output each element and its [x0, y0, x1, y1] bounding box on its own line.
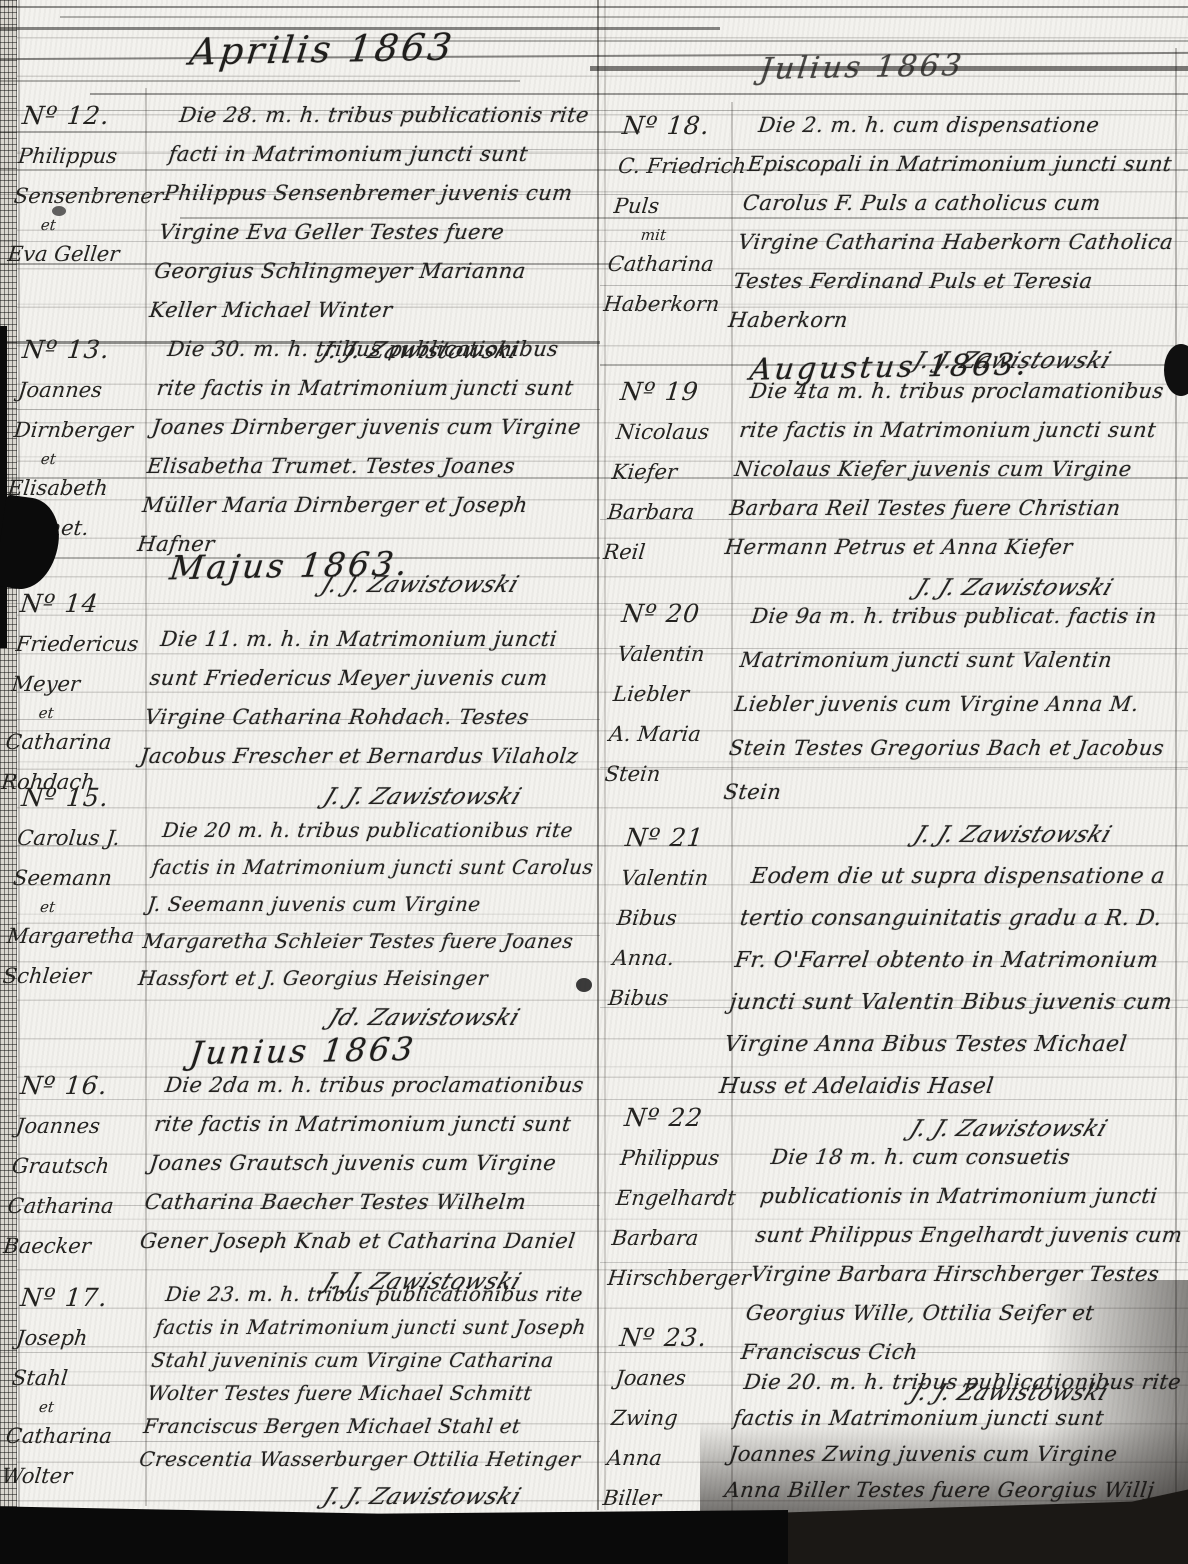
margin-name: Friedericus — [14, 624, 155, 664]
margin-name: Bibus — [606, 978, 732, 1018]
register-entry-13: Nº 13. Joannes Dirnberger et Elisabeth T… — [10, 330, 590, 606]
margin-name: Anna — [605, 1438, 731, 1478]
entry-text: Die 2. m. h. cum dispensatione Episcopal… — [726, 106, 1188, 340]
entry-number: Nº 16. — [18, 1066, 159, 1106]
register-entry-16: Nº 16. Joannes Grautsch Catharina Baecke… — [10, 1066, 590, 1303]
margin-connector: et — [8, 704, 147, 722]
margin-name: Reil — [601, 532, 727, 572]
margin-name: Meyer — [10, 664, 151, 704]
priest-signature: Jd. Zawistowski — [126, 997, 585, 1039]
margin-name: Philippus — [618, 1138, 765, 1178]
scan-streak — [0, 52, 1188, 60]
margin-name: Philippus — [16, 136, 169, 176]
margin-name: Hirschberger — [606, 1258, 753, 1298]
entry-number: Nº 19 — [618, 372, 744, 412]
entry-text: Die 9a m. h. tribus publicat. factis in … — [721, 594, 1188, 814]
margin-connector: et — [9, 898, 148, 916]
entry-text: Die 30. m. h. tribus publicationibus rit… — [135, 330, 607, 564]
margin-name: Catharina — [6, 1186, 147, 1226]
margin-connector: et — [10, 450, 149, 468]
margin-connector: mit — [610, 226, 740, 244]
entry-number: Nº 18. — [620, 106, 752, 146]
margin-name: Sensenbrener — [12, 176, 165, 216]
margin-name: Wolter — [0, 1456, 141, 1496]
entry-number: Nº 12. — [20, 96, 173, 136]
margin-name: Stahl — [10, 1358, 151, 1398]
margin-name: Eva Geller — [6, 234, 159, 274]
entry-body: Die 4ta m. h. tribus proclamationibus ri… — [717, 372, 1188, 609]
entry-text: Die 2da m. h. tribus proclamationibus ri… — [138, 1066, 605, 1261]
margin-name: Zwing — [609, 1398, 735, 1438]
entry-number: Nº 23. — [618, 1318, 744, 1358]
entry-text: Die 4ta m. h. tribus proclamationibus ri… — [723, 372, 1188, 567]
margin-name: Schleier — [1, 956, 142, 996]
margin-name: Puls — [612, 186, 744, 226]
margin-name: A. Maria — [607, 714, 733, 754]
entry-number: Nº 14 — [18, 584, 159, 624]
entry-body: Die 30. m. h. tribus publicationibus rit… — [130, 330, 607, 606]
margin-name: Engelhardt — [614, 1178, 761, 1218]
margin-name: Trumet. — [2, 508, 143, 548]
entry-body: Die 2. m. h. cum dispensatione Episcopal… — [721, 106, 1188, 382]
scan-streak — [0, 80, 520, 82]
entry-number: Nº 21 — [623, 818, 749, 858]
entry-body: Die 20 m. h. tribus publicationibus rite… — [131, 778, 606, 1039]
margin-name: Barbara — [606, 492, 732, 532]
margin-name: Joannes — [16, 370, 157, 410]
margin-name: Anna. — [611, 938, 737, 978]
register-entry-19: Nº 19 Nicolaus Kiefer Barbara Reil Die 4… — [610, 372, 1182, 609]
register-entry-23: Nº 23. Joanes Zwing Anna Biller Die 20. … — [610, 1318, 1182, 1544]
scan-streak — [0, 6, 1188, 8]
entry-body: Die 23. m. h. tribus publicationibus rit… — [132, 1278, 604, 1518]
margin-name: Catharina — [4, 1416, 145, 1456]
margin-name: Joseph — [14, 1318, 155, 1358]
margin-name: Stein — [603, 754, 729, 794]
margin-name: Haberkorn — [602, 284, 734, 324]
margin-name: Seemann — [11, 858, 152, 898]
month-header-julius: Julius 1863 — [758, 48, 966, 87]
margin-name: Bibus — [615, 898, 741, 938]
margin-name: Nicolaus — [614, 412, 740, 452]
margin-name: Baecker — [1, 1226, 142, 1266]
margin-name: Dirnberger — [12, 410, 153, 450]
margin-name: Liebler — [611, 674, 737, 714]
entry-body: Die 9a m. h. tribus publicat. factis in … — [716, 594, 1188, 856]
register-entry-18: Nº 18. C. Friedrich Puls mit Catharina H… — [610, 106, 1182, 382]
entry-number: Nº 13. — [20, 330, 161, 370]
register-entry-20: Nº 20 Valentin Liebler A. Maria Stein Di… — [610, 594, 1182, 856]
entry-text: Die 28. m. h. tribus publicationis rite … — [147, 96, 607, 330]
entry-number: Nº 22 — [622, 1098, 769, 1138]
margin-connector: et — [8, 1398, 147, 1416]
entry-body: Die 2da m. h. tribus proclamationibus ri… — [132, 1066, 604, 1303]
entry-number: Nº 15. — [20, 778, 161, 818]
margin-name: Margaretha — [5, 916, 146, 956]
margin-name: Joanes — [613, 1358, 739, 1398]
margin-name: Barbara — [610, 1218, 757, 1258]
scan-streak — [90, 93, 1188, 95]
register-entry-15: Nº 15. Carolus J. Seemann et Margaretha … — [10, 778, 590, 1039]
month-header-aprilis: Aprilis 1863 — [187, 25, 457, 73]
margin-name: Carolus J. — [15, 818, 156, 858]
margin-name: Catharina — [606, 244, 738, 284]
entry-number: Nº 17. — [18, 1278, 159, 1318]
entry-text: Die 20. m. h. tribus publicationibus rit… — [718, 1364, 1188, 1544]
entry-text: Die 23. m. h. tribus publicationibus rit… — [137, 1278, 604, 1476]
margin-connector: et — [10, 216, 161, 234]
margin-name: Biller — [601, 1478, 727, 1518]
entry-number: Nº 20 — [620, 594, 746, 634]
margin-name: Joannes — [14, 1106, 155, 1146]
register-entry-17: Nº 17. Joseph Stahl et Catharina Wolter … — [10, 1278, 590, 1518]
margin-name: Catharina — [4, 722, 145, 762]
entry-body: Die 20. m. h. tribus publicationibus rit… — [718, 1318, 1188, 1544]
entry-text: Die 11. m. h. in Matrimonium juncti sunt… — [138, 620, 600, 776]
register-page-scan: Aprilis 1863 Julius 1863 Majus 1863. Jun… — [0, 0, 1188, 1564]
margin-name: Kiefer — [610, 452, 736, 492]
margin-name: Valentin — [615, 634, 741, 674]
scan-streak — [60, 16, 1188, 18]
entry-text: Eodem die ut supra dispensatione a terti… — [717, 856, 1188, 1108]
margin-name: Elisabeth — [6, 468, 147, 508]
entry-margin: Nº 16. Joannes Grautsch Catharina Baecke… — [0, 1066, 159, 1303]
margin-name: Grautsch — [10, 1146, 151, 1186]
column-divider-2 — [604, 0, 606, 1510]
margin-name: C. Friedrich — [616, 146, 748, 186]
margin-name: Valentin — [619, 858, 745, 898]
priest-signature: J. J. Zawistowski — [127, 1476, 586, 1518]
entry-text: Die 20 m. h. tribus publicationibus rite… — [136, 812, 602, 997]
